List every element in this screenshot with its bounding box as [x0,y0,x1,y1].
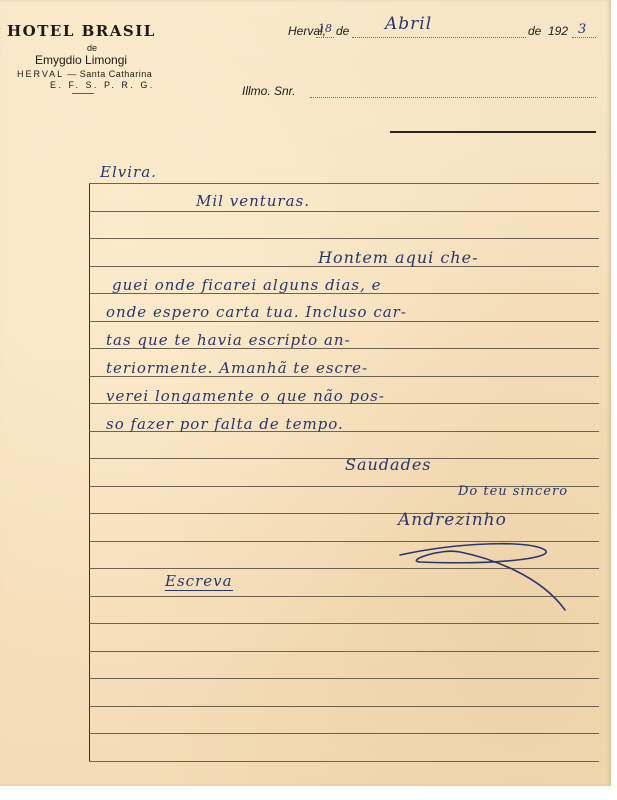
body-line-7: so fazer por falta de tempo. [106,415,344,433]
letterhead-divider [72,93,94,94]
valediction: Do teu sincero [458,484,568,499]
ruled-line [89,458,599,459]
ruled-line [89,651,599,652]
hotel-owner: Emygdio Limongi [35,53,127,67]
body-line-3: onde espero carta tua. Incluso car- [106,303,407,321]
hotel-city: HERVAL — Santa Catharina [17,69,152,79]
date-de-2: de [528,24,541,38]
letter-paper: HOTEL BRASIL de Emygdio Limongi HERVAL —… [0,0,611,786]
address-line [390,131,596,133]
body-line-6: verei longamente o que não pos- [106,387,385,405]
date-de-1: de [336,24,349,38]
body-line-4: tas que te havia escripto an- [106,331,351,349]
body-line-2: guei onde ficarei alguns dias, e [112,276,382,294]
margin-line [89,183,90,761]
date-year-handwritten: 3 [578,22,586,37]
greeting: Mil venturas. [196,192,310,210]
ruled-line [89,678,599,679]
date-day: 18 [318,22,332,35]
ruled-line [89,706,599,707]
addressee-label: Illmo. Snr. [242,84,296,98]
hotel-de: de [87,43,97,53]
postscript: Escreva [165,572,233,591]
ruled-line [89,733,599,734]
date-year-printed: 192 [548,24,568,38]
hotel-state: — Santa Catharina [64,69,152,79]
date-month: Abril [385,14,432,34]
ruled-line [89,623,599,624]
ruled-line [89,211,599,212]
signature-flourish [380,520,580,620]
hotel-name: HOTEL BRASIL [7,22,156,40]
ruled-line [89,238,599,239]
salutation: Elvira. [100,163,157,181]
body-line-1: Hontem aqui che- [318,248,478,267]
hotel-city-name: HERVAL [17,69,64,79]
ruled-line [89,183,599,184]
ruled-line [89,761,599,762]
hotel-railway: E. F. S. P. R. G. [50,80,155,90]
closing: Saudades [345,455,432,474]
ruled-line [89,513,599,514]
date-day-dots [316,37,334,38]
addressee-dots [310,97,596,98]
body-line-5: teriormente. Amanhã te escre- [106,359,368,377]
date-month-dots [352,37,526,38]
date-year-dots [572,37,596,38]
